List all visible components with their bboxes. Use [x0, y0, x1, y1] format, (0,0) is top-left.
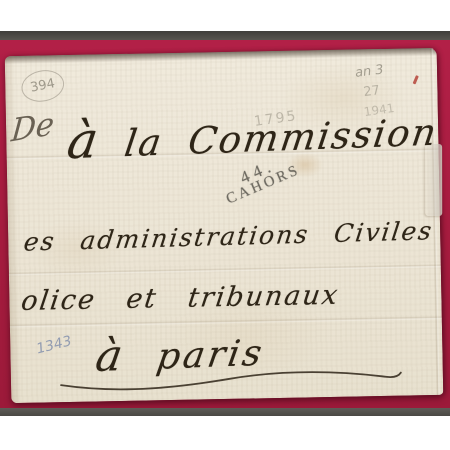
fold-crease — [9, 264, 441, 276]
scan-strip-bottom — [0, 408, 450, 416]
address-line-1: à la Commission — [64, 99, 443, 171]
crimson-mat-background: 394 De an 3 27 1941 1795 1343 44. CAHORS… — [0, 40, 450, 408]
photo: 394 De an 3 27 1941 1795 1343 44. CAHORS… — [0, 0, 450, 450]
address-line-2: es administrations Civiles — [22, 216, 435, 257]
red-pencil-tick — [413, 75, 419, 84]
ink-paraph: De — [10, 106, 56, 150]
pencil-note-circled-394: 394 — [19, 67, 67, 106]
letter-paper: 394 De an 3 27 1941 1795 1343 44. CAHORS… — [5, 48, 444, 403]
address-line-3: olice et tribunaux — [19, 280, 341, 317]
pencil-note-an3: an 3 — [354, 62, 384, 80]
address-line-4: à paris — [92, 326, 268, 382]
pencil-note-1343: 1343 — [35, 333, 73, 357]
pencil-note-27: 27 — [363, 83, 381, 100]
scan-strip-top — [0, 31, 450, 40]
